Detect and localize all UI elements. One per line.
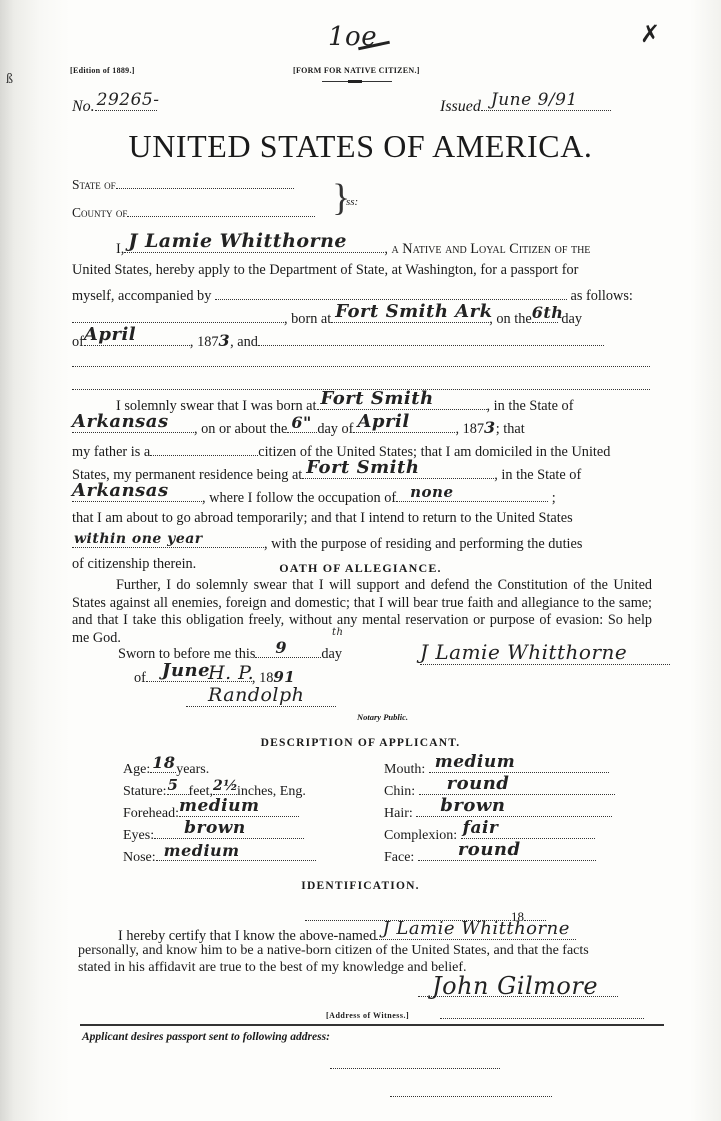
return-line: within one year, with the purpose of res… xyxy=(72,533,582,553)
birth-month-field[interactable]: April xyxy=(353,418,455,433)
certify-text-3: stated in his affidavit are true to the … xyxy=(78,960,467,976)
father-citizenship-field[interactable] xyxy=(150,441,258,456)
form-type-rule-bar xyxy=(348,80,362,83)
county-of-label: County of xyxy=(72,205,127,220)
nose-row: Nose:medium xyxy=(123,846,316,866)
description-heading: DESCRIPTION OF APPLICANT. xyxy=(0,737,721,749)
identification-heading: IDENTIFICATION. xyxy=(0,880,721,892)
face-field[interactable]: round xyxy=(418,846,596,861)
birth-date-line: Arkansas, on or about the6"day ofApril, … xyxy=(72,418,525,438)
apply-line: United States, hereby apply to the Depar… xyxy=(72,262,650,279)
notary-signature-line[interactable]: H. P. Randolph xyxy=(186,686,336,707)
number-value: 29265- xyxy=(97,90,160,110)
born-month-line: ofApril, 1873, and xyxy=(72,331,604,351)
sworn-date-line: Sworn to before me this9day xyxy=(118,643,342,663)
issued-label: Issued xyxy=(440,98,481,115)
face-row: Face: round xyxy=(384,846,596,866)
and-field[interactable] xyxy=(258,331,604,346)
sworn-born-at-field[interactable]: Fort Smith xyxy=(317,395,487,410)
applicant-signature-line[interactable]: J Lamie Whitthorne xyxy=(420,640,670,665)
witness-signature-line[interactable]: John Gilmore xyxy=(418,970,618,997)
residence-field[interactable]: Fort Smith xyxy=(302,464,494,479)
ss-label: ss: xyxy=(346,196,358,208)
born-year-value: 3 xyxy=(219,331,231,350)
nose-field[interactable]: medium xyxy=(156,846,316,861)
birth-year-value: 3 xyxy=(484,418,496,437)
residence-state-field[interactable]: Arkansas xyxy=(72,487,202,502)
notary-public-label: Notary Public. xyxy=(357,712,408,722)
occupation-field[interactable]: none xyxy=(396,487,548,502)
sworn-day-field[interactable]: 9 xyxy=(255,643,321,658)
blank-line-1[interactable] xyxy=(72,354,650,367)
state-of-value[interactable] xyxy=(116,188,294,189)
born-at-line: , born atFort Smith Ark, on the6th day xyxy=(72,308,582,328)
forehead-field[interactable]: medium xyxy=(179,802,299,817)
divider-rule xyxy=(80,1024,664,1026)
passport-application-page: 1oe ✗ ß [Edition of 1889.] [FORM FOR NAT… xyxy=(0,0,721,1121)
document-title: UNITED STATES OF AMERICA. xyxy=(0,128,721,165)
complexion-field[interactable]: fair xyxy=(461,824,595,839)
witness-signature: John Gilmore xyxy=(432,972,598,1000)
born-day-field[interactable]: 6th xyxy=(532,308,558,323)
birth-day-field[interactable]: 6" xyxy=(287,418,317,433)
mailing-address-line-2[interactable] xyxy=(390,1086,552,1097)
abroad-line: that I am about to go abroad temporarily… xyxy=(72,510,650,527)
number-field: No.29265- xyxy=(72,94,157,116)
return-period-field[interactable]: within one year xyxy=(72,533,264,548)
oath-allegiance-text: Further, I do solemnly swear that I will… xyxy=(72,577,652,647)
state-of-field: State of xyxy=(72,177,294,193)
mailing-address-label: Applicant desires passport sent to follo… xyxy=(82,1031,330,1043)
age-field[interactable]: 18 xyxy=(150,758,176,773)
address-of-witness-label: [Address of Witness.] xyxy=(326,1011,409,1020)
certify-line: I hereby certify that I know the above-n… xyxy=(118,925,576,945)
state-of-label: State of xyxy=(72,177,116,192)
occupation-line: Arkansas, where I follow the occupation … xyxy=(72,487,556,507)
applicant-name-field[interactable]: J Lamie Whitthorne xyxy=(124,238,384,253)
corner-mark-icon: ✗ xyxy=(640,20,660,49)
issued-field: IssuedJune 9/91 xyxy=(440,94,611,116)
chin-field[interactable]: round xyxy=(419,780,615,795)
margin-mark: ß xyxy=(6,72,13,88)
intro-line: I,J Lamie Whitthorne, a Native and Loyal… xyxy=(116,238,590,258)
issued-value: June 9/91 xyxy=(491,90,578,110)
county-of-value[interactable] xyxy=(127,216,315,217)
born-at-field[interactable]: Fort Smith Ark xyxy=(331,308,489,323)
mailing-address-line-1[interactable] xyxy=(330,1058,500,1069)
edition-label: [Edition of 1889.] xyxy=(70,66,135,75)
sworn-day-sup: th xyxy=(332,627,343,638)
accompanied-by-field[interactable] xyxy=(215,285,567,300)
oath-allegiance-heading: OATH OF ALLEGIANCE. xyxy=(0,561,721,576)
applicant-signature: J Lamie Whitthorne xyxy=(420,640,627,664)
hair-field[interactable]: brown xyxy=(416,802,612,817)
age-row: Age:18years. xyxy=(123,758,209,778)
number-label: No. xyxy=(72,98,95,115)
eyes-field[interactable]: brown xyxy=(154,824,304,839)
notary-signature: H. P. Randolph xyxy=(208,662,336,706)
birth-state-field[interactable]: Arkansas xyxy=(72,418,194,433)
born-month-field[interactable]: April xyxy=(84,331,190,346)
swear-born-line: I solemnly swear that I was born atFort … xyxy=(116,395,573,415)
certify-text-2: personally, and know him to be a native-… xyxy=(78,943,589,959)
county-of-field: County of xyxy=(72,205,315,221)
mouth-field[interactable]: medium xyxy=(429,758,609,773)
form-type-label: [FORM FOR NATIVE CITIZEN.] xyxy=(293,66,420,75)
companion-field[interactable] xyxy=(72,308,284,323)
stature-inches-field[interactable]: 2½ xyxy=(213,780,237,795)
witness-address-field[interactable] xyxy=(440,1008,644,1019)
named-person-field[interactable]: J Lamie Whitthorne xyxy=(376,925,576,940)
stature-feet-field[interactable]: 5 xyxy=(167,780,189,795)
